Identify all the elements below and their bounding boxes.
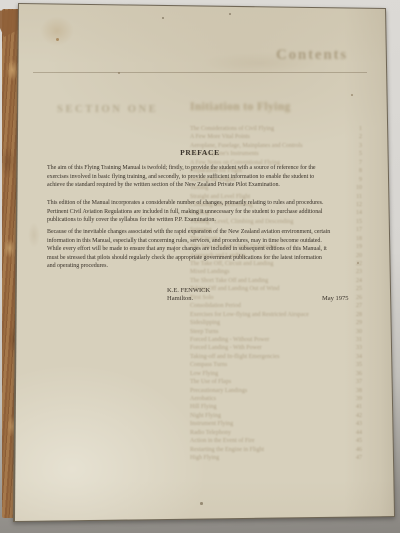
- ghost-toc-row: Taking-off and In-flight Emergencies 34: [190, 353, 362, 361]
- ghost-toc-entry: Exercises for Low-flying and Restricted …: [190, 311, 309, 319]
- ghost-toc-entry: The Considerations of Civil Flying: [190, 125, 274, 133]
- ghost-contents-title: Contents: [276, 47, 348, 64]
- ghost-toc-row: Precautionary Landings 38: [190, 387, 362, 395]
- ghost-toc-page-number: 33: [350, 344, 362, 352]
- ghost-toc-page-number: 47: [350, 454, 362, 462]
- ghost-toc-row: Restarting the Engine in Flight 46: [190, 446, 362, 454]
- ghost-toc-row: Exercises for Low-flying and Restricted …: [190, 311, 362, 319]
- ghost-toc-page-number: 36: [350, 370, 362, 378]
- ghost-toc-page-number: 14: [350, 209, 362, 217]
- paper-speck: [351, 94, 353, 96]
- ghost-section-label: SECTION ONE: [57, 104, 158, 115]
- ghost-toc-page-number: 23: [350, 268, 362, 276]
- paper-speck: [200, 502, 203, 505]
- ghost-toc-page-number: 30: [350, 328, 362, 336]
- ghost-toc-page-number: 12: [350, 201, 362, 209]
- preface-paragraph-2: This edition of the Manual incorporates …: [47, 199, 323, 225]
- ghost-toc-page-number: 38: [350, 387, 362, 395]
- ghost-toc-page-number: 27: [350, 302, 362, 310]
- ghost-toc-page-number: 17: [350, 226, 362, 234]
- ghost-toc-page-number: 35: [350, 361, 362, 369]
- ghost-toc-entry: Precautionary Landings: [190, 387, 247, 395]
- ghost-toc-page-number: 44: [350, 429, 362, 437]
- ghost-toc-row: Hill Flying 41: [190, 403, 362, 411]
- ghost-toc-entry: The Short Take Off and Landing: [190, 277, 268, 285]
- ghost-toc-page-number: 43: [350, 420, 362, 428]
- ghost-toc-page-number: 19: [350, 243, 362, 251]
- ghost-toc-row: Compass Turns 35: [190, 361, 362, 369]
- ghost-toc-entry: Taking-off and In-flight Emergencies: [190, 353, 280, 361]
- ghost-toc-entry: A Few More Vital Points: [190, 133, 250, 141]
- ghost-toc-row: The Considerations of Civil Flying 1: [190, 125, 362, 133]
- paper-speck: [357, 262, 359, 264]
- ghost-toc-entry: Aerobatics: [190, 395, 216, 403]
- ghost-toc-page-number: 1: [350, 125, 362, 133]
- text-line: Because of the inevitable changes associ…: [47, 228, 330, 237]
- ghost-toc-page-number: 15: [350, 218, 362, 226]
- author-name: K.E. FENWICK: [167, 287, 210, 295]
- paper-speck: [229, 13, 231, 15]
- text-line: publications to fully cover the syllabus…: [47, 216, 323, 225]
- ghost-toc-row: Low Flying 36: [190, 370, 362, 378]
- ghost-toc-entry: Forced Landing - Without Power: [190, 336, 269, 344]
- ghost-toc-page-number: 24: [350, 277, 362, 285]
- ghost-toc-row: Forced Landing - Without Power 31: [190, 336, 362, 344]
- text-line: Pertinent Civil Aviation Regulations are…: [47, 208, 323, 217]
- ghost-section-title: Initiation to Flying: [190, 101, 291, 113]
- ghost-toc-row: Action in the Event of Fire 45: [190, 437, 362, 445]
- ghost-toc-page-number: 22: [350, 260, 362, 268]
- ghost-toc-page-number: 8: [350, 167, 362, 175]
- ghost-toc-page-number: 10: [350, 184, 362, 192]
- ghost-toc-row: Night Flying 42: [190, 412, 362, 420]
- ghost-toc-row: A Few More Vital Points 2: [190, 133, 362, 141]
- ghost-toc-page-number: 29: [350, 319, 362, 327]
- text-line: The aim of this Flying Training Manual i…: [47, 164, 316, 173]
- ghost-contents-rule: [33, 72, 367, 73]
- text-line: must be stressed that pilots should regu…: [47, 254, 330, 263]
- ghost-toc-entry: The Use of Flaps: [190, 378, 231, 386]
- ghost-toc-page-number: 41: [350, 403, 362, 411]
- ghost-toc-row: Aerobatics 39: [190, 395, 362, 403]
- paper-speck: [118, 72, 120, 74]
- ghost-toc-entry: Forced Landing - With Power: [190, 344, 262, 352]
- text-line: information in this Manual, especially t…: [47, 237, 330, 246]
- page-wrapper: Contents SECTION ONE Initiation to Flyin…: [0, 0, 400, 533]
- text-line: achieve the standard required by the wri…: [47, 181, 316, 190]
- ghost-toc-page-number: 42: [350, 412, 362, 420]
- ghost-toc-row: Steep Turns 30: [190, 328, 362, 336]
- ghost-toc-page-number: 37: [350, 378, 362, 386]
- ghost-toc-entry: Instrument Flying: [190, 420, 233, 428]
- ghost-toc-row: Radio Telephony 44: [190, 429, 362, 437]
- ghost-toc-page-number: 45: [350, 437, 362, 445]
- ghost-toc-page-number: 7: [350, 159, 362, 167]
- preface-paragraph-1: The aim of this Flying Training Manual i…: [47, 164, 316, 190]
- ghost-toc-page-number: 34: [350, 353, 362, 361]
- ghost-toc-page-number: 26: [350, 294, 362, 302]
- text-line: While every effort will be made to ensur…: [47, 245, 330, 254]
- ghost-toc-page-number: 28: [350, 311, 362, 319]
- ghost-toc-page-number: 31: [350, 336, 362, 344]
- ghost-toc-entry: Consolidation Period: [190, 302, 241, 310]
- paper-stain: [28, 222, 40, 248]
- ghost-toc-row: Instrument Flying 43: [190, 420, 362, 428]
- text-line: exercises involved in basic flying train…: [47, 173, 316, 182]
- preface-paragraph-3: Because of the inevitable changes associ…: [47, 228, 330, 271]
- ghost-toc-page-number: 2: [350, 133, 362, 141]
- author-place: Hamilton.: [167, 295, 210, 303]
- ghost-toc-entry: High Flying: [190, 454, 219, 462]
- ghost-toc-entry: Steep Turns: [190, 328, 219, 336]
- ghost-toc-entry: Action in the Event of Fire: [190, 437, 255, 445]
- ghost-toc-entry: Low Flying: [190, 370, 218, 378]
- ghost-toc-page-number: 11: [350, 193, 362, 201]
- ghost-toc-entry: Hill Flying: [190, 403, 217, 411]
- paper-stain: [40, 16, 74, 46]
- signature-block: K.E. FENWICK Hamilton.: [167, 287, 210, 303]
- ghost-toc-row: Sideslipping 29: [190, 319, 362, 327]
- publication-date: May 1975: [322, 295, 349, 302]
- paper-speck: [56, 38, 59, 41]
- ghost-toc-row: Consolidation Period 27: [190, 302, 362, 310]
- ghost-toc-row: The Use of Flaps 37: [190, 378, 362, 386]
- ghost-toc-row: Taking Off and Landing Out of Wind 25: [190, 285, 362, 293]
- text-line: and operating procedures.: [47, 262, 330, 271]
- ghost-toc-entry: Radio Telephony: [190, 429, 231, 437]
- ghost-toc-entry: Sideslipping: [190, 319, 220, 327]
- ghost-toc-row: Forced Landing - With Power 33: [190, 344, 362, 352]
- ghost-toc-entry: Compass Turns: [190, 361, 227, 369]
- book-page-photo: Contents SECTION ONE Initiation to Flyin…: [0, 0, 400, 533]
- preface-page: Contents SECTION ONE Initiation to Flyin…: [0, 0, 400, 533]
- ghost-toc-page-number: 39: [350, 395, 362, 403]
- text-line: This edition of the Manual incorporates …: [47, 199, 323, 208]
- ghost-toc-entry: Restarting the Engine in Flight: [190, 446, 264, 454]
- ghost-toc-row: The Short Take Off and Landing 24: [190, 277, 362, 285]
- paper-speck: [162, 17, 164, 19]
- ghost-toc-page-number: 25: [350, 285, 362, 293]
- ghost-toc-page-number: 9: [350, 176, 362, 184]
- ghost-toc-page-number: 18: [350, 235, 362, 243]
- ghost-toc-page-number: 46: [350, 446, 362, 454]
- preface-title: PREFACE: [47, 148, 353, 157]
- ghost-toc-page-number: 20: [350, 252, 362, 260]
- ghost-toc-entry: Night Flying: [190, 412, 221, 420]
- ghost-toc-row: High Flying 47: [190, 454, 362, 462]
